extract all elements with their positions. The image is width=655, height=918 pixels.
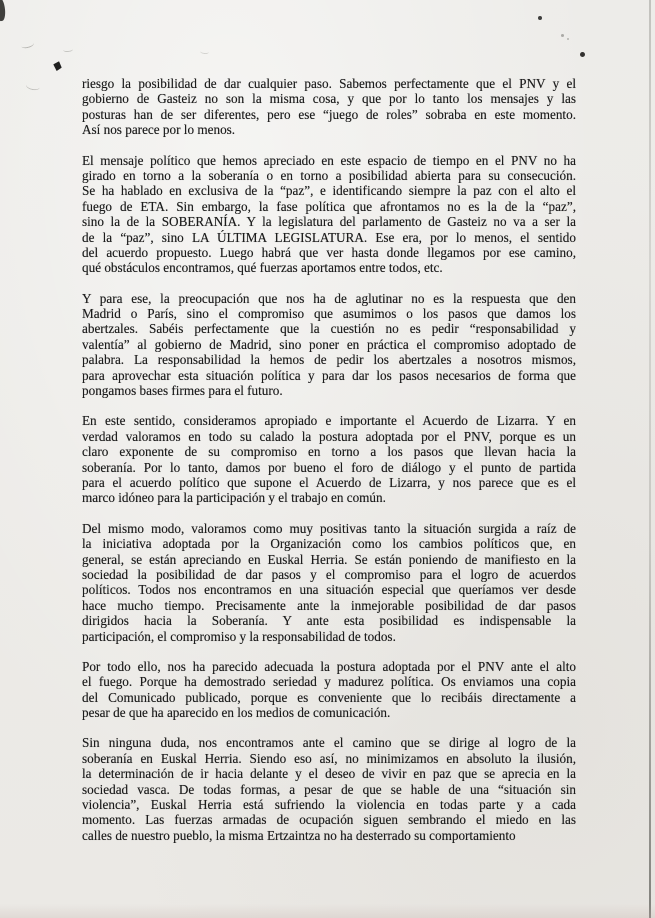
text-line: del Comunicado publicado, porque es conv… xyxy=(82,690,576,705)
text-line: Y para ese, la preocupación que nos ha d… xyxy=(82,291,576,306)
paragraph: Por todo ello, nos ha parecido adecuada … xyxy=(82,659,576,721)
text-line: calles de nuestro pueblo, la misma Ertza… xyxy=(82,828,576,843)
ink-dot xyxy=(580,52,585,57)
text-line: Del mismo modo, valoramos como muy posit… xyxy=(82,521,576,536)
faint-squiggle xyxy=(20,40,34,50)
scan-edge-shadow xyxy=(649,0,651,918)
scan-bottom-shading xyxy=(0,904,655,918)
text-line: Madrid o París, sino el compromiso que a… xyxy=(82,306,576,321)
text-line: Así nos parece por lo menos. xyxy=(82,122,576,137)
text-line: dirigidos hacia la Soberanía. Y ante est… xyxy=(82,613,576,628)
text-line: Por todo ello, nos ha parecido adecuada … xyxy=(82,659,576,674)
paragraph: Sin ninguna duda, nos encontramos ante e… xyxy=(82,735,576,843)
paragraph: Del mismo modo, valoramos como muy posit… xyxy=(82,521,576,644)
text-line: general, se están apreciando en Euskal H… xyxy=(82,552,576,567)
text-block: riesgo la posibilidad de dar cualquier p… xyxy=(82,76,576,858)
paragraph: En este sentido, consideramos apropiado … xyxy=(82,413,576,505)
paragraph: El mensaje político que hemos apreciado … xyxy=(82,153,576,276)
text-line: políticos. Todos nos encontramos en una … xyxy=(82,582,576,597)
text-line: En este sentido, consideramos apropiado … xyxy=(82,413,576,428)
text-line: para el acuerdo político que supone el A… xyxy=(82,475,576,490)
scanned-document-page: riesgo la posibilidad de dar cualquier p… xyxy=(0,0,655,918)
text-line: hace mucho tiempo. Precisamente ante la … xyxy=(82,598,576,613)
paragraph: riesgo la posibilidad de dar cualquier p… xyxy=(82,76,576,138)
text-line: soberanía. Por lo tanto, damos por bueno… xyxy=(82,460,576,475)
text-line: pongamos bases firmes para el futuro. xyxy=(82,383,576,398)
text-line: pesar de que ha aparecido en los medios … xyxy=(82,705,576,720)
text-line: abertzales. Sabéis perfectamente que la … xyxy=(82,321,576,336)
text-line: Sin ninguna duda, nos encontramos ante e… xyxy=(82,735,576,750)
text-line: verdad valoramos en todo su calado la po… xyxy=(82,429,576,444)
text-line: girado en torno a la soberanía o en torn… xyxy=(82,168,576,183)
text-line: sociedad vasca. De todas formas, a pesar… xyxy=(82,782,576,797)
text-line: de la “paz”, sino LA ÚLTIMA LEGISLATURA.… xyxy=(82,230,576,245)
text-line: valentía” al gobierno de Madrid, sino po… xyxy=(82,337,576,352)
text-line: la determinación de ir hacia delante y e… xyxy=(82,766,576,781)
text-line: riesgo la posibilidad de dar cualquier p… xyxy=(82,76,576,91)
faint-dot xyxy=(561,34,564,37)
text-line: palabra. La responsabilidad la hemos de … xyxy=(82,352,576,367)
text-line: el fuego. Porque ha demostrado seriedad … xyxy=(82,674,576,689)
text-line: sociedad la posibilidad de dar pasos y e… xyxy=(82,567,576,582)
text-line: violencia”, Euskal Herria está sufriendo… xyxy=(82,797,576,812)
text-line: participación, el compromiso y la respon… xyxy=(82,629,576,644)
text-line: soberanía en Euskal Herria. Siendo eso a… xyxy=(82,751,576,766)
faint-dot xyxy=(567,38,569,40)
faint-squiggle xyxy=(25,81,40,91)
paragraph: Y para ese, la preocupación que nos ha d… xyxy=(82,291,576,399)
text-line: claro exponente de su compromiso en torn… xyxy=(82,444,576,459)
text-line: sino la de la SOBERANÍA. Y la legislatur… xyxy=(82,214,576,229)
text-line: del acuerdo propuesto. Luego habrá que v… xyxy=(82,245,576,260)
text-line: para aprovechar esta situación política … xyxy=(82,368,576,383)
text-line: El mensaje político que hemos apreciado … xyxy=(82,153,576,168)
faint-mark xyxy=(200,49,209,55)
text-line: la iniciativa adoptada por la Organizaci… xyxy=(82,536,576,551)
text-line: marco idóneo para la participación y el … xyxy=(82,490,576,505)
text-line: qué obstáculos encontramos, qué fuerzas … xyxy=(82,260,576,275)
text-line: posturas han de ser diferentes, pero ese… xyxy=(82,107,576,122)
corner-ink-blob xyxy=(0,0,6,21)
text-line: fuego de ETA. Sin embargo, la fase polít… xyxy=(82,199,576,214)
text-line: gobierno de Gasteiz no son la misma cosa… xyxy=(82,91,576,106)
ink-dot xyxy=(538,16,542,20)
text-line: momento. Las fuerzas armadas de ocupació… xyxy=(82,812,576,827)
faint-mark xyxy=(63,47,73,53)
text-line: Se ha hablado en exclusiva de la “paz”, … xyxy=(82,183,576,198)
ink-speck-large xyxy=(52,60,64,72)
